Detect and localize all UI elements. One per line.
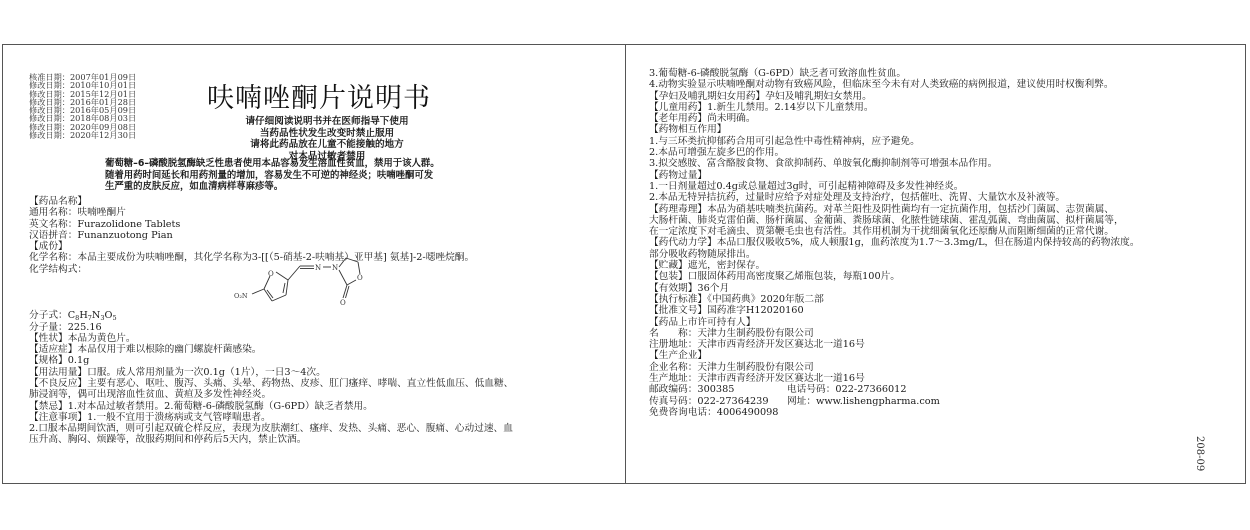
specification: 【规格】0.1g (29, 355, 513, 366)
pinyin-name: 汉语拼音：Funanzuotong Pian (29, 230, 474, 241)
formula-label: 分子式： (29, 310, 68, 321)
appearance: 【性状】本品为黄色片。 (29, 333, 513, 344)
precautions-4: 4.动物实验显示呋喃唑酮对动物有致癌风险，但临床至今未有对人类致癌的病例报道，建… (649, 79, 1140, 90)
precautions-2: 2.口服本品期间饮酒，则可引起双硫仑样反应，表现为皮肤潮红、瘙痒、发热、头痛、恶… (29, 423, 513, 434)
interaction-2: 2.本品可增强左旋多巴的作用。 (649, 147, 1140, 158)
adverse-reactions-cont: 肺浸润等，偶可出现溶血性贫血、黄疸及多发性神经炎。 (29, 389, 513, 400)
pharmacology: 【药理毒理】本品为硝基呋喃类抗菌药。对革兰阳性及阴性菌均有一定抗菌作用，包括沙门… (649, 204, 1140, 215)
interaction-1: 1.与三环类抗抑郁药合用可引起急性中毒性精神病，应予避免。 (649, 136, 1140, 147)
page-divider (625, 44, 626, 484)
standard: 【执行标准】《中国药典》2020年版二部 (649, 294, 1140, 305)
manufacturer-name: 企业名称：天津力生制药股份有限公司 (649, 362, 1140, 373)
precautions: 【注意事项】1.一般不宜用于溃疡病或支气管哮喘患者。 (29, 412, 513, 423)
notice-line: 当药品性状发生改变时禁止服用 (202, 128, 452, 140)
pediatric-use: 【儿童用药】1.新生儿禁用。2.14岁以下儿童禁用。 (649, 102, 1140, 113)
fax-number: 传真号码：022-27364239 (649, 396, 787, 407)
revision-date: 修改日期：2020年12月30日 (29, 131, 136, 139)
document-title: 呋喃唑酮片说明书 (207, 76, 431, 115)
shelf-life: 【有效期】36个月 (649, 283, 1140, 294)
pharmacology-cont-2: 在一定浓度下对毛滴虫、贾第鞭毛虫也有活性。其作用机制为干扰细菌氧化还原酶从而阻断… (649, 226, 1140, 237)
phone-number: 电话号码：022-27366012 (787, 384, 907, 395)
section-heading-manufacturer: 【生产企业】 (649, 350, 1140, 361)
nitro-group: O₂N (234, 292, 248, 300)
warning-line: 随着用药时间延长和用药剂量的增加，容易发生不可逆的神经炎；呋喃唑酮可发 (105, 170, 505, 182)
indications: 【适应症】本品仅用于难以根除的幽门螺旋杆菌感染。 (29, 344, 513, 355)
mah-name: 名 称：天津力生制药股份有限公司 (649, 328, 1140, 339)
imine-nitrogen: N (315, 264, 321, 272)
adverse-reactions: 【不良反应】主要有恶心、呕吐、腹泻、头痛、头晕、药物热、皮疹、肛门瘙痒、哮喘、直… (29, 378, 513, 389)
pregnancy-use: 【孕妇及哺乳期妇女用药】孕妇及哺乳期妇女禁用。 (649, 91, 1140, 102)
molecular-weight: 分子量：225.16 (29, 322, 513, 333)
overdose-1: 1.一日剂量超过0.4g或总量超过3g时，可引起精神障碍及多发性神经炎。 (649, 181, 1140, 192)
ring-nitrogen: N (332, 264, 338, 272)
continued-sections: 3.葡萄糖-6-磷酸脱氢酶（G-6PD）缺乏者可致溶血性贫血。 4.动物实验显示… (649, 68, 1140, 418)
postal-code: 邮政编码：300385 (649, 384, 787, 395)
contact-row-1: 邮政编码：300385电话号码：022-27366012 (649, 384, 1140, 395)
approval-number: 【批准文号】国药准字H12020160 (649, 305, 1140, 316)
overdose-2: 2.本品无特异拮抗药，过量时应给予对症处理及支持治疗，包括催吐、洗胃、大量饮水及… (649, 192, 1140, 203)
english-name: 英文名称：Furazolidone Tablets (29, 219, 474, 230)
boxed-warning: 葡萄糖–6–磷酸脱氢酶缺乏性患者使用本品容易发生溶血性贫血，禁用于该人群。 随着… (105, 158, 505, 193)
molecular-formula: C8H7N3O5 (68, 310, 117, 321)
section-heading-composition: 【成份】 (29, 241, 474, 252)
furan-oxygen: O (268, 270, 274, 278)
warning-line: 生严重的皮肤反应，如血清病样荨麻疹等。 (105, 181, 505, 193)
chemical-structure-diagram: O O₂N N N O O (230, 252, 370, 327)
generic-name: 通用名称：呋喃唑酮片 (29, 207, 474, 218)
pharmacology-cont: 大肠杆菌、肺炎克雷伯菌、肠杆菌属、金葡菌、粪肠球菌、化脓性链球菌、霍乱弧菌、弯曲… (649, 215, 1140, 226)
properties-section: 分子量：225.16 【性状】本品为黄色片。 【适应症】本品仅用于难以根除的幽门… (29, 322, 513, 446)
carbonyl-oxygen: O (340, 299, 346, 307)
section-heading-interactions: 【药物相互作用】 (649, 124, 1140, 135)
section-heading-drug-name: 【药品名称】 (29, 196, 474, 207)
contact-row-2: 传真号码：022-27364239网址：www.lishengpharma.co… (649, 396, 1140, 407)
manufacturer-address: 生产地址：天津市西青经济开发区赛达北一道16号 (649, 373, 1140, 384)
packaging: 【包装】口服固体药用高密度聚乙烯瓶包装，每瓶100片。 (649, 271, 1140, 282)
precautions-3: 3.葡萄糖-6-磷酸脱氢酶（G-6PD）缺乏者可致溶血性贫血。 (649, 68, 1140, 79)
mah-address: 注册地址：天津市西青经济开发区赛达北一道16号 (649, 339, 1140, 350)
notice-line: 请将此药品放在儿童不能接触的地方 (202, 139, 452, 151)
storage: 【贮藏】遮光，密封保存。 (649, 260, 1140, 271)
section-heading-mah: 【药品上市许可持有人】 (649, 317, 1140, 328)
print-code: 208-09 (1194, 436, 1205, 471)
warning-line: 葡萄糖–6–磷酸脱氢酶缺乏性患者使用本品容易发生溶血性贫血，禁用于该人群。 (105, 158, 505, 170)
notice-line: 请仔细阅读说明书并在医师指导下使用 (202, 116, 452, 128)
pharmacokinetics: 【药代动力学】本品口服仅吸收5%，成人顿服1g，血药浓度为1.7～3.3mg/L… (649, 237, 1140, 248)
section-heading-overdose: 【药物过量】 (649, 170, 1140, 181)
revision-dates: 核准日期：2007年01月09日 修改日期：2010年10月01日 修改日期：2… (29, 73, 136, 139)
ring-oxygen: O (357, 274, 363, 282)
contraindications: 【禁忌】1.对本品过敏者禁用。2.葡萄糖-6-磷酸脱氢酶（G-6PD）缺乏者禁用… (29, 401, 513, 412)
usage-notices: 请仔细阅读说明书并在医师指导下使用 当药品性状发生改变时禁止服用 请将此药品放在… (202, 116, 452, 162)
precautions-2-cont: 压升高、胸闷、烦躁等，故服药期间和停药后5天内，禁止饮酒。 (29, 434, 513, 445)
website: 网址：www.lishengpharma.com (787, 396, 940, 407)
pharmacokinetics-cont: 部分吸收药物随尿排出。 (649, 249, 1140, 260)
interaction-3: 3.拟交感胺、富含酪胺食物、食欲抑制药、单胺氧化酶抑制剂等可增强本品作用。 (649, 158, 1140, 169)
geriatric-use: 【老年用药】尚未明确。 (649, 113, 1140, 124)
dosage: 【用法用量】口服。成人常用剂量为一次0.1g（1片），一日3～4次。 (29, 367, 513, 378)
hotline: 免费咨询电话：4006490098 (649, 407, 1140, 418)
